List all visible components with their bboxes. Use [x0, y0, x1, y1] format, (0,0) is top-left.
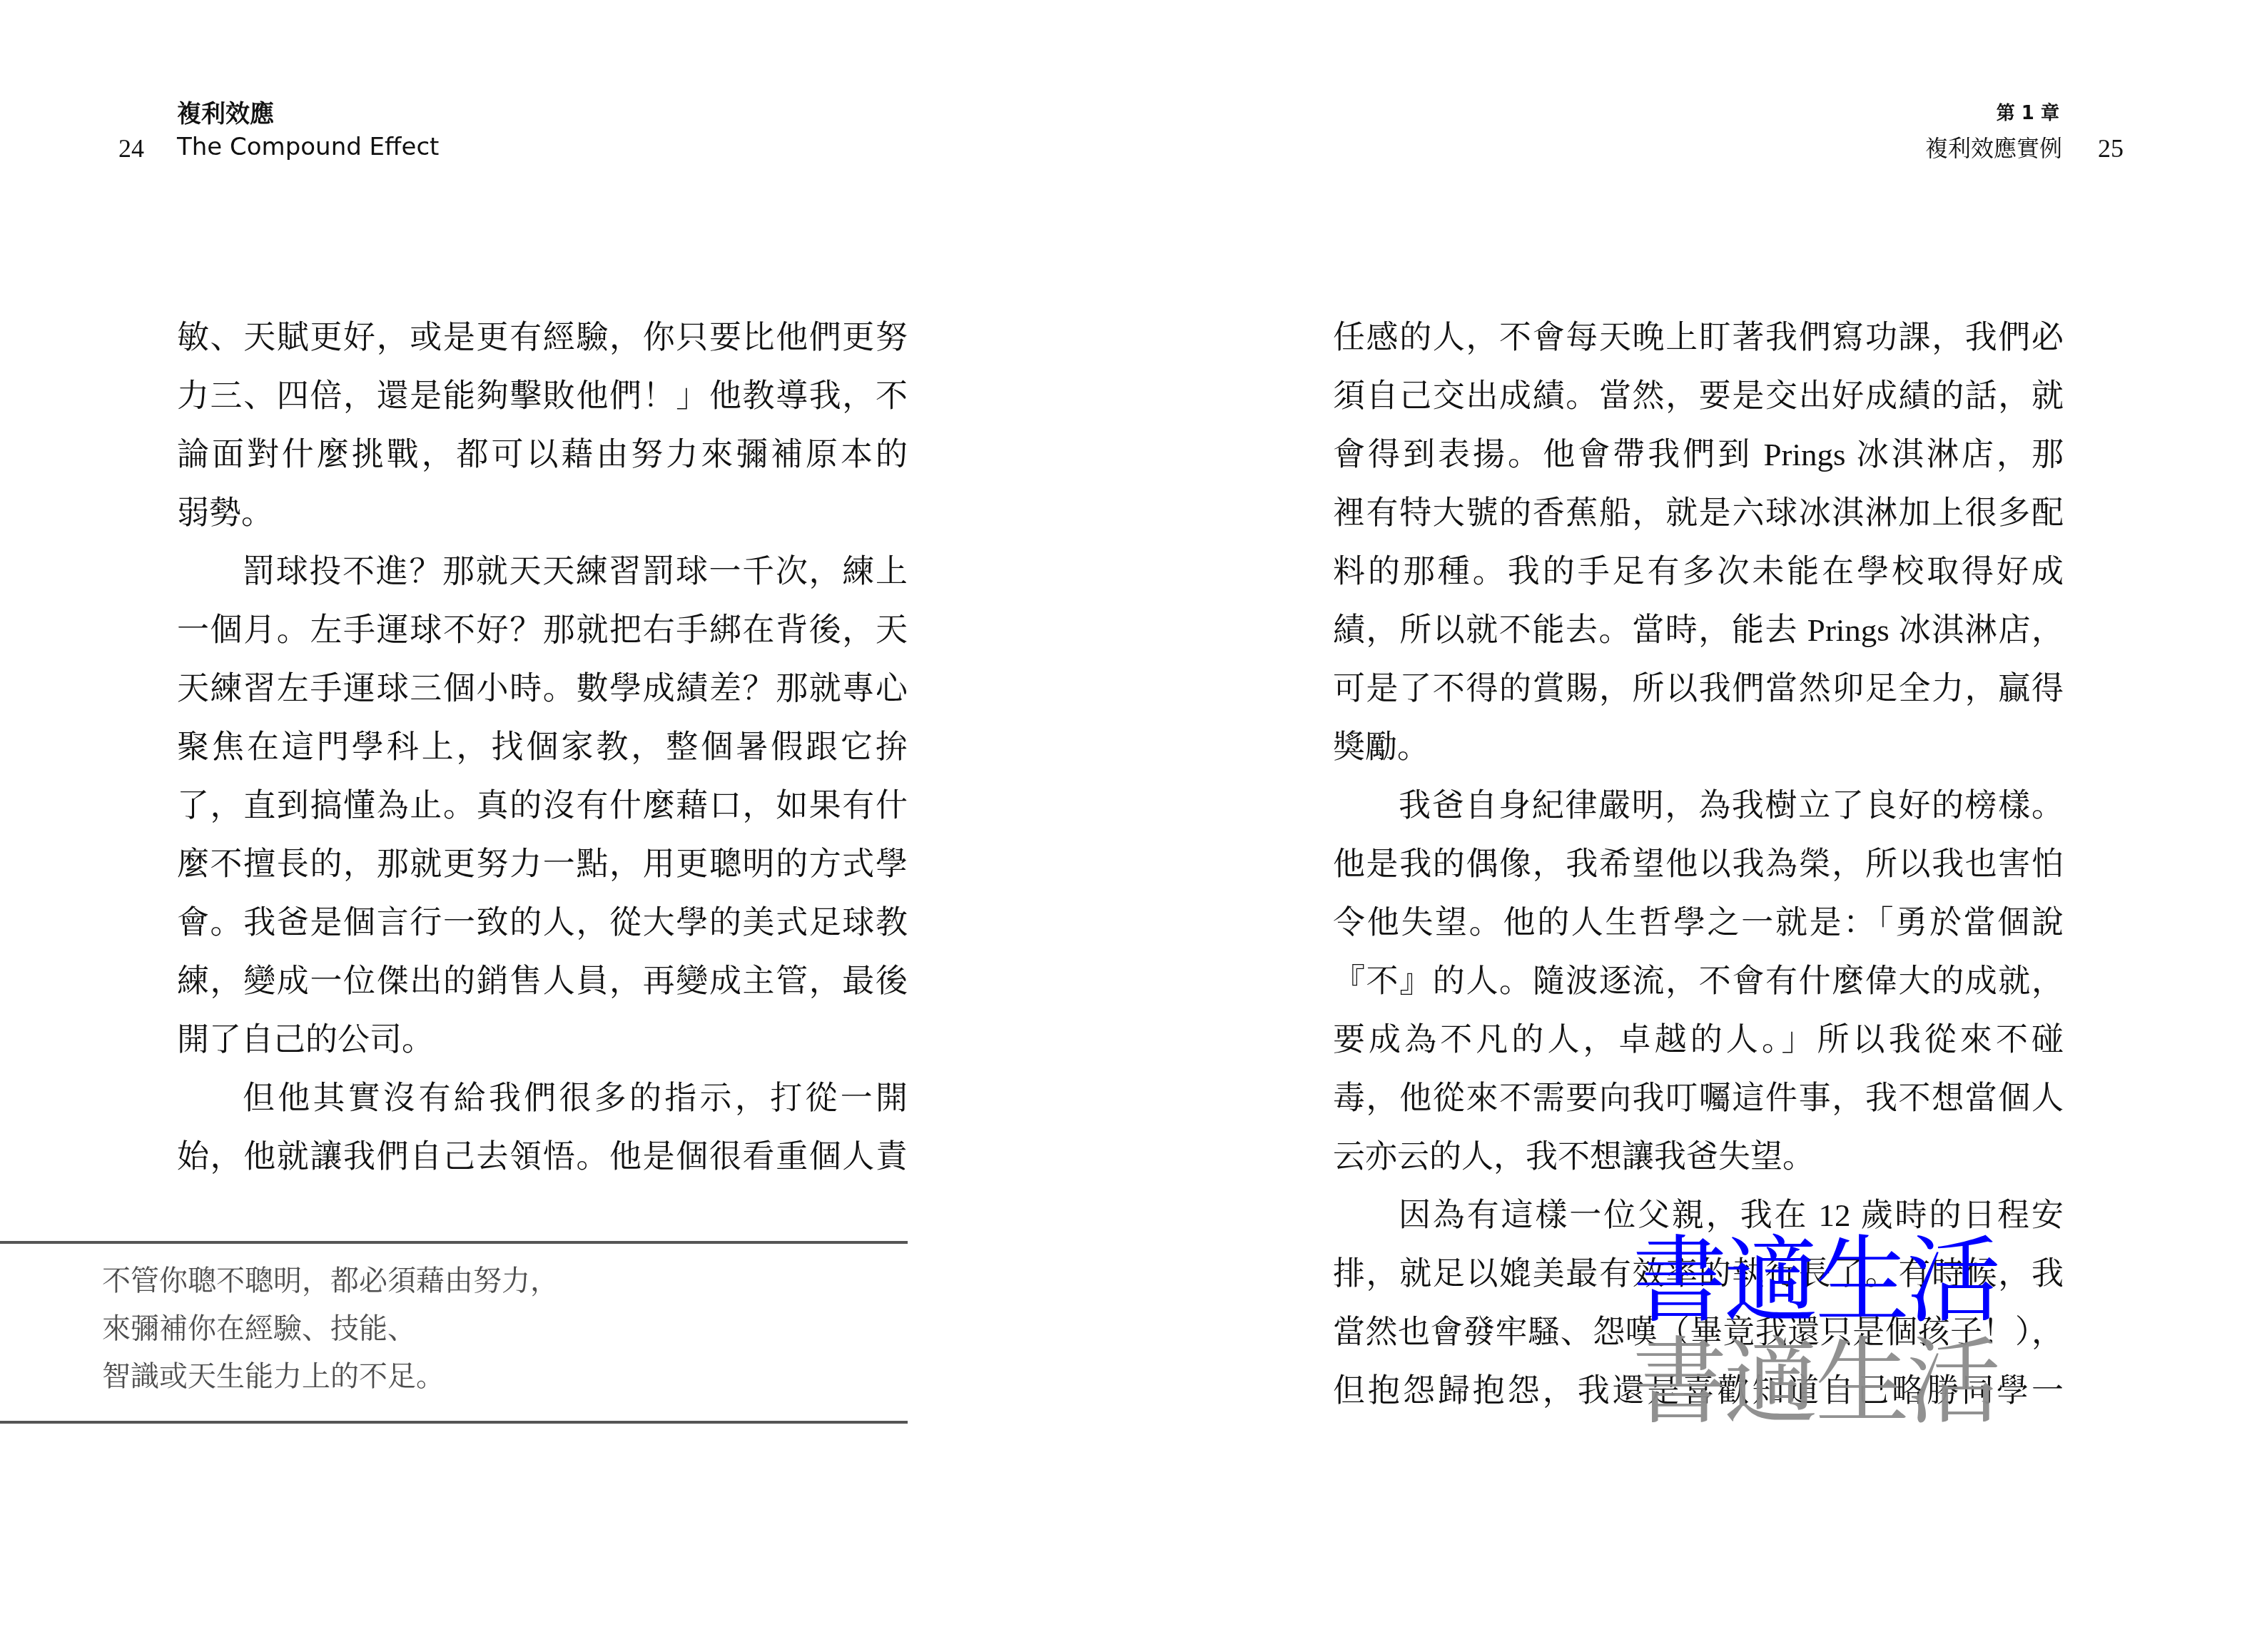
text-line: 云亦云的人，我不想讓我爸失望。 [1333, 1127, 2064, 1186]
text-line: 一個月。左手運球不好？那就把右手綁在背後，天 [177, 601, 908, 659]
left-page: 複利效應 24 The Compound Effect 敏、天賦更好，或是更有經… [0, 0, 1121, 1652]
left-body-text: 敏、天賦更好，或是更有經驗，你只要比他們更努 力三、四倍，還是能夠擊敗他們！」他… [177, 308, 908, 1186]
text-line: 罰球投不進？那就天天練習罰球一千次，練上 [177, 542, 908, 601]
text-line: 敏、天賦更好，或是更有經驗，你只要比他們更努 [177, 308, 908, 367]
page-number-left: 24 [118, 134, 144, 163]
text-line: 會得到表揚。他會帶我們到 Prings 冰淇淋店，那 [1333, 425, 2064, 484]
text-line: 聚焦在這門學科上，找個家教，整個暑假跟它拚 [177, 718, 908, 776]
text-line: 會。我爸是個言行一致的人，從大學的美式足球教 [177, 893, 908, 952]
text-line: 『不』的人。隨波逐流，不會有什麼偉大的成就， [1333, 952, 2064, 1010]
page-number-right: 25 [2098, 134, 2124, 163]
text-line: 力三、四倍，還是能夠擊敗他們！」他教導我，不 [177, 367, 908, 425]
text-line: 令他失望。他的人生哲學之一就是：「勇於當個說 [1333, 893, 2064, 952]
pull-quote-bottom-rule [0, 1421, 908, 1424]
text-line: 開了自己的公司。 [177, 1010, 908, 1069]
running-head-chapter-title: 複利效應實例 [1925, 134, 2062, 163]
text-line: 了，直到搞懂為止。真的沒有什麼藉口，如果有什 [177, 776, 908, 835]
running-head-chapter: 第 1 章 [1997, 103, 2059, 124]
text-line: 始，他就讓我們自己去領悟。他是個很看重個人責 [177, 1127, 908, 1186]
text-line: 須自己交出成績。當然，要是交出好成績的話，就 [1333, 367, 2064, 425]
watermark-gray: 書適生活 [1633, 1336, 1998, 1430]
text-line: 裡有特大號的香蕉船，就是六球冰淇淋加上很多配 [1333, 484, 2064, 542]
text-line: 論面對什麼挑戰，都可以藉由努力來彌補原本的 [177, 425, 908, 484]
text-line: 毒，他從來不需要向我叮囑這件事，我不想當個人 [1333, 1069, 2064, 1127]
text-line: 他是我的偶像，我希望他以我為榮，所以我也害怕 [1333, 835, 2064, 893]
pull-quote-line: 不管你聰不聰明，都必須藉由努力， [102, 1257, 559, 1305]
watermark-blue: 書適生活 [1633, 1235, 1998, 1329]
pull-quote: 不管你聰不聰明，都必須藉由努力， 來彌補你在經驗、技能、 智識或天生能力上的不足… [102, 1257, 559, 1401]
pull-quote-top-rule [0, 1241, 908, 1244]
text-line: 麼不擅長的，那就更努力一點，用更聰明的方式學 [177, 835, 908, 893]
text-line: 弱勢。 [177, 484, 908, 542]
pull-quote-line: 來彌補你在經驗、技能、 [102, 1305, 559, 1353]
running-head-book-title-cn: 複利效應 [177, 100, 274, 128]
text-line: 任感的人，不會每天晚上盯著我們寫功課，我們必 [1333, 308, 2064, 367]
text-line: 獎勵。 [1333, 718, 2064, 776]
text-line: 我爸自身紀律嚴明，為我樹立了良好的榜樣。 [1333, 776, 2064, 835]
running-head-book-title-en: The Compound Effect [177, 133, 439, 161]
text-line: 練，變成一位傑出的銷售人員，再變成主管，最後 [177, 952, 908, 1010]
text-line: 料的那種。我的手足有多次未能在學校取得好成 [1333, 542, 2064, 601]
pull-quote-line: 智識或天生能力上的不足。 [102, 1353, 559, 1401]
text-line: 可是了不得的賞賜，所以我們當然卯足全力，贏得 [1333, 659, 2064, 718]
text-line: 天練習左手運球三個小時。數學成績差？那就專心 [177, 659, 908, 718]
text-line: 但他其實沒有給我們很多的指示，打從一開 [177, 1069, 908, 1127]
text-line: 要成為不凡的人，卓越的人。」所以我從來不碰 [1333, 1010, 2064, 1069]
text-line: 績，所以就不能去。當時，能去 Prings 冰淇淋店， [1333, 601, 2064, 659]
